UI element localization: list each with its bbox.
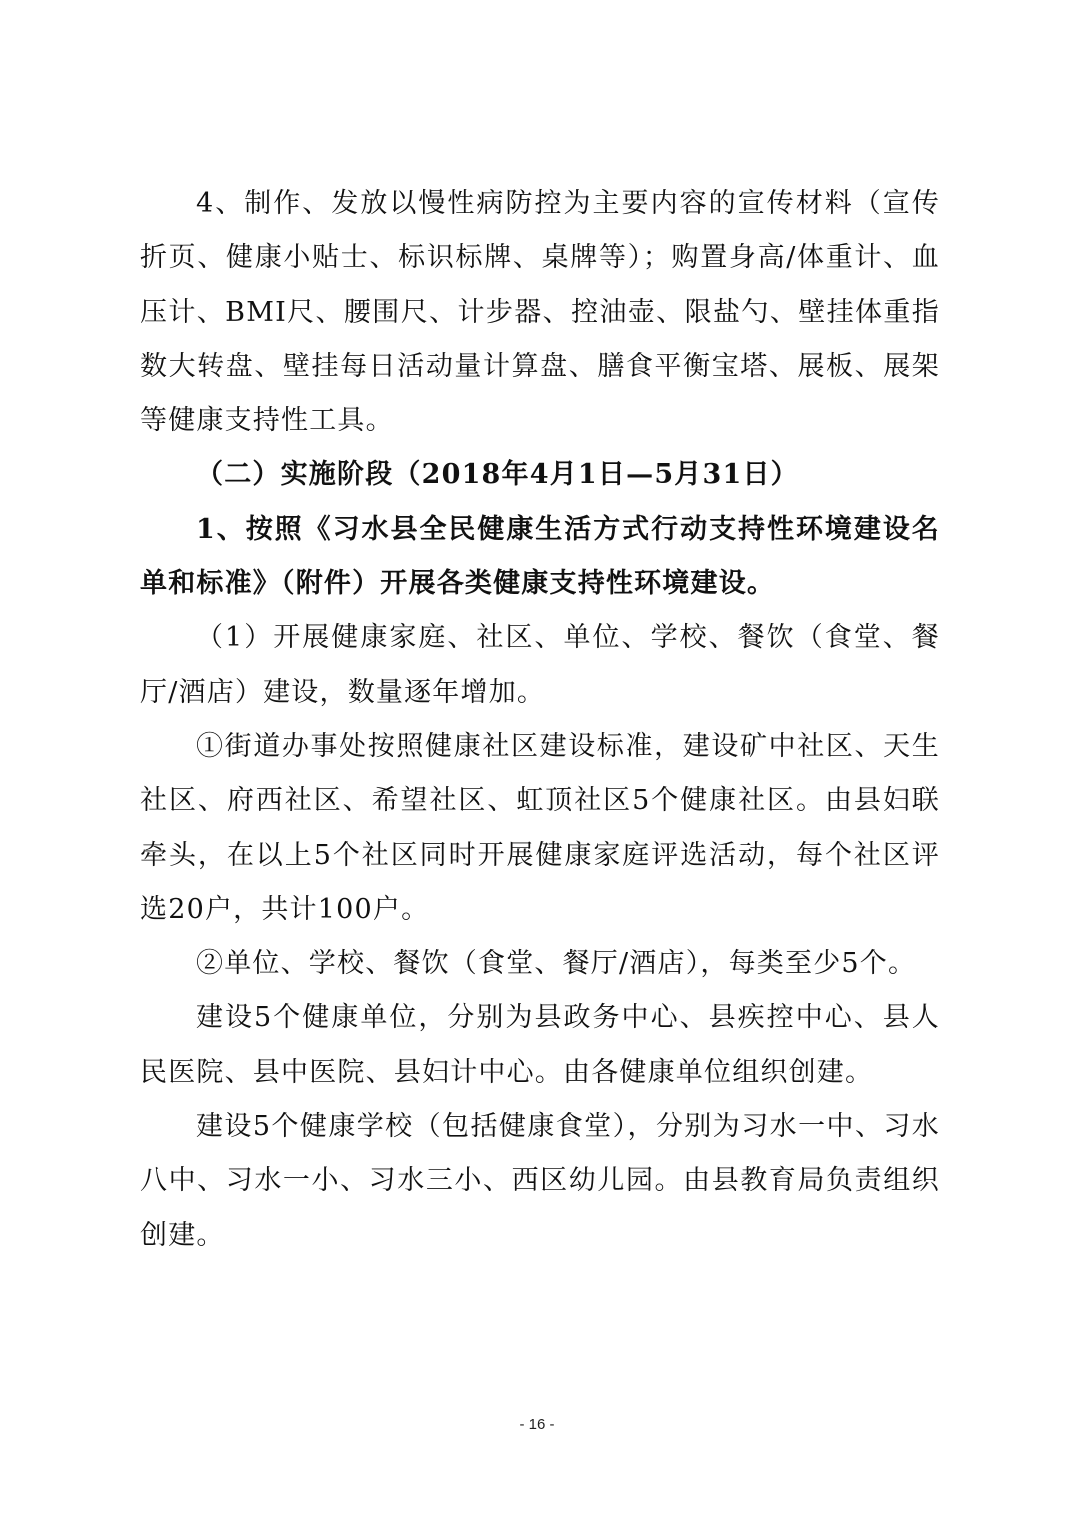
page-number: - 16 - (0, 1416, 1074, 1433)
paragraph-item-units: ②单位、学校、餐饮（食堂、餐厅/酒店），每类至少5个。 (140, 937, 940, 991)
paragraph-healthy-schools: 建设5个健康学校（包括健康食堂），分别为习水一中、习水八中、习水一小、习水三小、… (140, 1100, 940, 1263)
paragraph-item-communities: ①街道办事处按照健康社区建设标准，建设矿中社区、天生社区、府西社区、希望社区、虹… (140, 720, 940, 937)
section-heading-implementation: （二）实施阶段（2018年4月1日—5月31日） (140, 448, 940, 502)
paragraph-healthy-units: 建设5个健康单位，分别为县政务中心、县疾控中心、县人民医院、县中医院、县妇计中心… (140, 991, 940, 1100)
paragraph-health-tools: 4、制作、发放以慢性病防控为主要内容的宣传材料（宣传折页、健康小贴士、标识标牌、… (140, 177, 940, 448)
paragraph-item-1: （1）开展健康家庭、社区、单位、学校、餐饮（食堂、餐厅/酒店）建设，数量逐年增加… (140, 611, 940, 720)
paragraph-heading-environment-building: 1、按照《习水县全民健康生活方式行动支持性环境建设名单和标准》（附件）开展各类健… (140, 503, 940, 612)
document-body: 4、制作、发放以慢性病防控为主要内容的宣传材料（宣传折页、健康小贴士、标识标牌、… (140, 177, 940, 1263)
